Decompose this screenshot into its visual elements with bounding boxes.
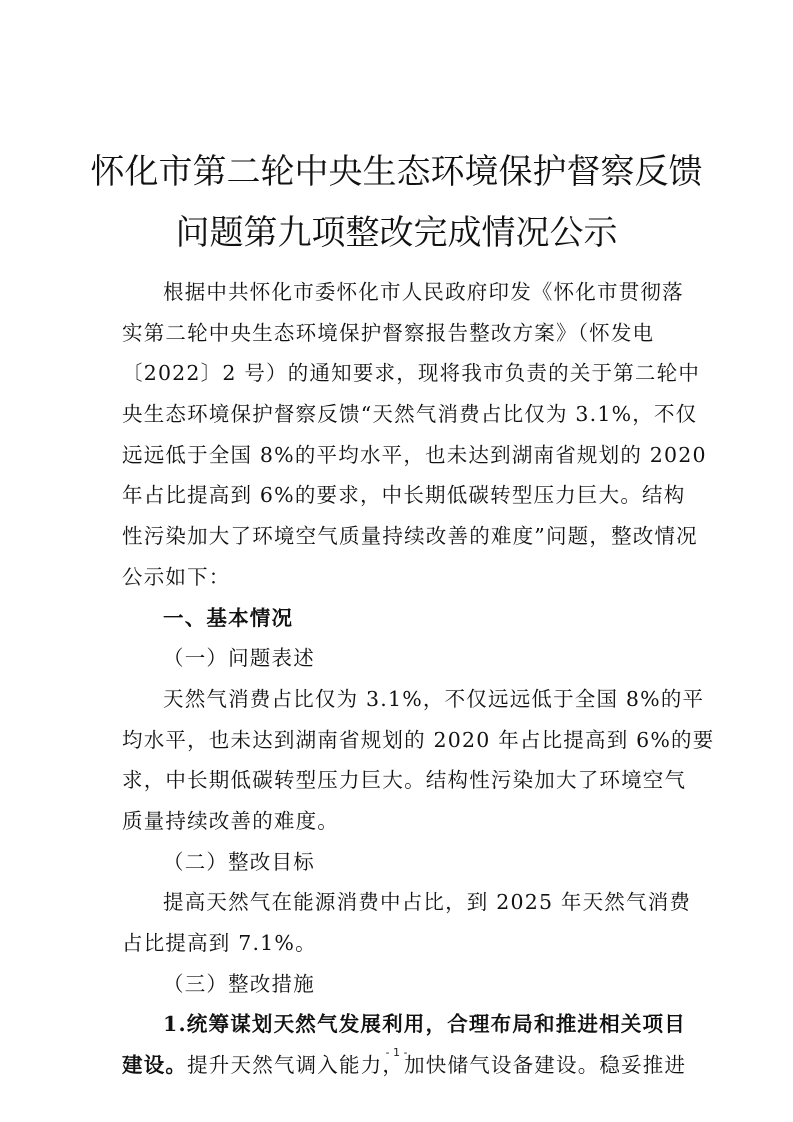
intro-paragraph-line: 公示如下： — [122, 557, 682, 598]
subsection-heading-measures: （三）整改措施 — [122, 964, 682, 1005]
subsection-heading-problem: （一）问题表述 — [122, 638, 682, 679]
document-title-line-1: 怀化市第二轮中央生态环境保护督察反馈 — [0, 144, 793, 193]
target-paragraph-line: 占比提高到 7.1%。 — [122, 923, 682, 964]
document-title-line-2: 问题第九项整改完成情况公示 — [0, 205, 793, 254]
section-heading-basic-situation: 一、基本情况 — [122, 598, 682, 639]
document-body: 根据中共怀化市委怀化市人民政府印发《怀化市贯彻落 实第二轮中央生态环境保护督察报… — [122, 272, 682, 1086]
problem-paragraph-line: 质量持续改善的难度。 — [122, 801, 682, 842]
intro-paragraph-line: 实第二轮中央生态环境保护督察报告整改方案》（怀发电 — [122, 313, 682, 354]
intro-paragraph-line: 央生态环境保护督察反馈“天然气消费占比仅为 3.1%，不仅 — [122, 394, 682, 435]
problem-paragraph-line: 天然气消费占比仅为 3.1%，不仅远远低于全国 8%的平 — [122, 679, 682, 720]
problem-paragraph-line: 求，中长期低碳转型压力巨大。结构性污染加大了环境空气 — [122, 760, 682, 801]
intro-paragraph-line: 根据中共怀化市委怀化市人民政府印发《怀化市贯彻落 — [122, 272, 682, 313]
target-paragraph-line: 提高天然气在能源消费中占比，到 2025 年天然气消费 — [122, 882, 682, 923]
problem-paragraph-line: 均水平，也未达到湖南省规划的 2020 年占比提高到 6%的要 — [122, 720, 682, 761]
document-page: 怀化市第二轮中央生态环境保护督察反馈 问题第九项整改完成情况公示 根据中共怀化市… — [0, 0, 793, 1122]
intro-paragraph-line: 性污染加大了环境空气质量持续改善的难度”问题，整改情况 — [122, 516, 682, 557]
subsection-heading-target: （二）整改目标 — [122, 842, 682, 883]
intro-paragraph-line: 〔2022〕2 号）的通知要求，现将我市负责的关于第二轮中 — [122, 353, 682, 394]
intro-paragraph-line: 远远低于全国 8%的平均水平，也未达到湖南省规划的 2020 — [122, 435, 682, 476]
page-number: - 1 - — [0, 1046, 793, 1059]
intro-paragraph-line: 年占比提高到 6%的要求，中长期低碳转型压力巨大。结构 — [122, 475, 682, 516]
measure-1-heading: 1.统筹谋划天然气发展利用，合理布局和推进相关项目 — [122, 1004, 682, 1045]
